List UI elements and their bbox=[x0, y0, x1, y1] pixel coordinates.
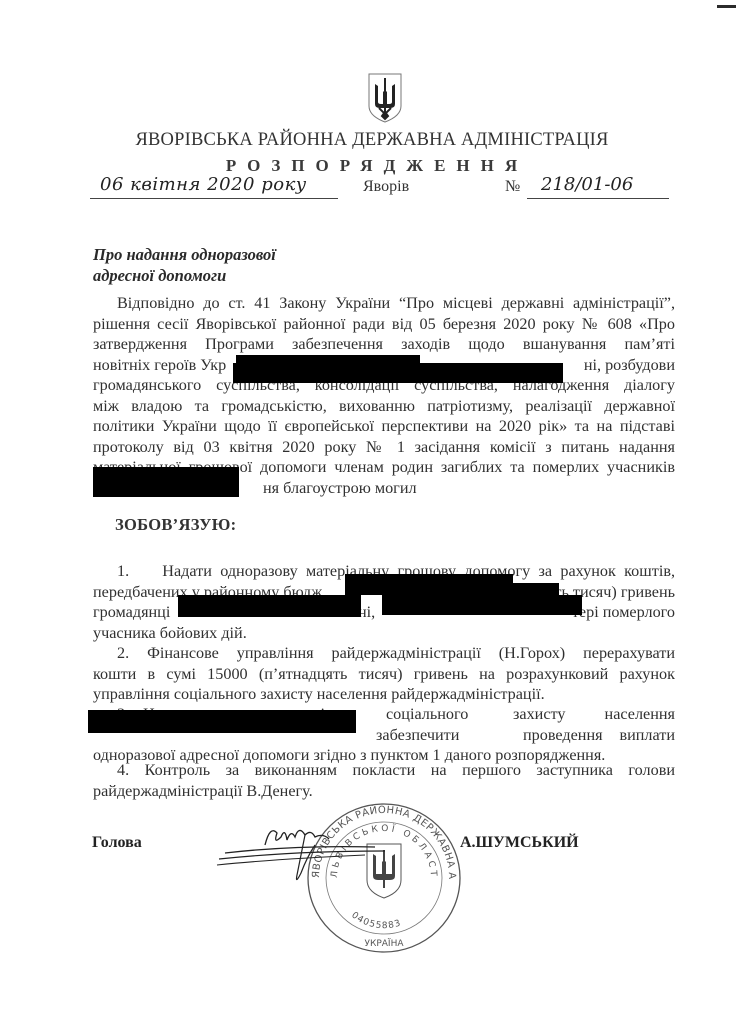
document-type: РОЗПОРЯДЖЕННЯ bbox=[0, 156, 744, 176]
item-2: 2. Фінансове управління райдержадміністр… bbox=[93, 643, 675, 705]
city-name: Яворів bbox=[363, 178, 409, 196]
item-text: Фінансове управління райдержадміністраці… bbox=[147, 644, 675, 662]
subject-line-1: Про надання одноразової bbox=[93, 244, 276, 265]
number-label: № bbox=[505, 178, 520, 196]
date-field: 06 квітня 2020 року bbox=[90, 174, 338, 199]
organization-name: ЯВОРІВСЬКА РАЙОННА ДЕРЖАВНА АДМІНІСТРАЦІ… bbox=[0, 130, 744, 151]
subject-line-2: адресної допомоги bbox=[93, 265, 276, 286]
item-line: 4. Контроль за виконанням покласти на пе… bbox=[93, 760, 675, 781]
corner-scan-mark bbox=[717, 5, 736, 8]
directive-heading: ЗОБОВ’ЯЗУЮ: bbox=[115, 515, 236, 535]
trident-coat-of-arms-icon bbox=[367, 72, 403, 124]
item-text: соціального bbox=[386, 704, 468, 725]
item-4: 4. Контроль за виконанням покласти на пе… bbox=[93, 760, 675, 801]
preamble-line: протоколу від 03 квітня 2020 року № 1 за… bbox=[93, 437, 675, 458]
item-line: райдержадміністрації В.Денегу. bbox=[93, 781, 675, 802]
item-text: виплати bbox=[619, 725, 675, 746]
redaction-box bbox=[345, 583, 559, 595]
item-fragment: тері померлого bbox=[572, 602, 675, 623]
preamble-line: затвердження Програми забезпечення заход… bbox=[93, 334, 675, 355]
handwritten-signature bbox=[215, 815, 415, 890]
redaction-box bbox=[178, 595, 361, 617]
item-text: населення bbox=[605, 704, 675, 725]
document-number-handwritten: 218/01-06 bbox=[541, 174, 633, 195]
preamble-line: рішення сесії Яворівської районної ради … bbox=[93, 314, 675, 335]
redaction-box bbox=[382, 595, 582, 615]
item-number: 2. bbox=[117, 644, 129, 662]
preamble-line: Відповідно до ст. 41 Закону України “Про… bbox=[93, 293, 675, 314]
item-line: 2. Фінансове управління райдержадміністр… bbox=[93, 643, 675, 664]
preamble-line: між владою та громадськістю, вихованню п… bbox=[93, 396, 675, 417]
item-text: забезпечити bbox=[376, 725, 459, 746]
item-fragment: громадянці bbox=[93, 603, 170, 621]
date-handwritten: 06 квітня 2020 року bbox=[100, 174, 307, 195]
item-text: захисту bbox=[513, 704, 565, 725]
stamp-country: УКРАЇНА bbox=[364, 938, 404, 949]
document-number-field: 218/01-06 bbox=[527, 174, 669, 199]
redaction-box bbox=[93, 467, 239, 497]
item-line: учасника бойових дій. bbox=[93, 623, 675, 644]
preamble-fragment: ні, розбудови bbox=[584, 355, 675, 376]
signer-title: Голова bbox=[92, 834, 142, 852]
signer-name: А.ШУМСЬКИЙ bbox=[460, 834, 579, 852]
subject: Про надання одноразової адресної допомог… bbox=[93, 244, 276, 286]
item-line: управління соціального захисту населення… bbox=[93, 684, 675, 705]
item-text: Контроль за виконанням покласти на першо… bbox=[145, 761, 675, 779]
item-number: 4. bbox=[117, 761, 129, 779]
item-number: 1. bbox=[117, 562, 129, 580]
redaction-box bbox=[88, 710, 356, 733]
preamble-line: політики України щодо її європейської пе… bbox=[93, 416, 675, 437]
item-line: кошти в сумі 15000 (п’ятнадцять тисяч) г… bbox=[93, 664, 675, 685]
item-text: проведення bbox=[523, 725, 603, 746]
redaction-box bbox=[393, 363, 563, 383]
preamble-fragment: новітніх героїв Укр bbox=[93, 356, 226, 374]
